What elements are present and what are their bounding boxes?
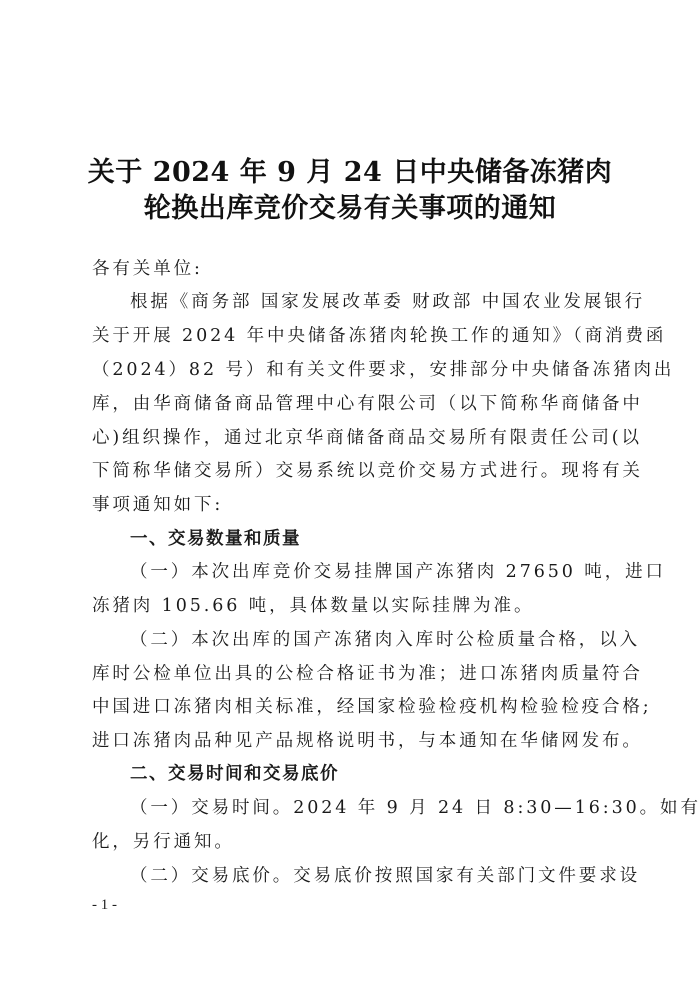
body-line: 进口冻猪肉品种见产品规格说明书，与本通知在华储网发布。 <box>92 729 617 753</box>
body-line: 根据《商务部 国家发展改革委 财政部 中国农业发展银行 <box>130 290 617 314</box>
body-line: 库时公检单位出具的公检合格证书为准；进口冻猪肉质量符合 <box>92 662 617 686</box>
document-title-line-2: 轮换出库竞价交易有关事项的通知 <box>0 186 700 225</box>
body-line: 化，另行通知。 <box>92 830 617 854</box>
body-line: 关于开展 2024 年中央储备冻猪肉轮换工作的通知》（商消费函 <box>92 324 617 348</box>
section-heading-2: 二、交易时间和交易底价 <box>130 762 617 786</box>
section-heading-1: 一、交易数量和质量 <box>130 527 617 551</box>
body-line: 心)组织操作，通过北京华商储备商品交易所有限责任公司(以 <box>92 426 617 450</box>
body-line: 事项通知如下: <box>92 493 617 517</box>
body-line: 下简称华储交易所）交易系统以竞价交易方式进行。现将有关 <box>92 459 617 483</box>
salutation: 各有关单位: <box>92 257 617 281</box>
document-title-line-1: 关于 2024 年 9 月 24 日中央储备冻猪肉 <box>0 150 700 189</box>
body-line: 中国进口冻猪肉相关标准，经国家检验检疫机构检验检疫合格; <box>92 695 617 719</box>
body-line: （一）交易时间。2024 年 9 月 24 日 8:30—16:30。如有变 <box>130 796 617 820</box>
body-line: （二）交易底价。交易底价按照国家有关部门文件要求设 <box>130 864 617 888</box>
body-line: 库，由华商储备商品管理中心有限公司（以下简称华商储备中 <box>92 392 617 416</box>
document-page: 关于 2024 年 9 月 24 日中央储备冻猪肉 轮换出库竞价交易有关事项的通… <box>0 0 700 989</box>
body-line: （二）本次出库的国产冻猪肉入库时公检质量合格，以入 <box>130 628 617 652</box>
page-number: - 1 - <box>92 897 117 914</box>
body-line: （2024）82 号）和有关文件要求，安排部分中央储备冻猪肉出 <box>92 358 617 382</box>
body-line: （一）本次出库竞价交易挂牌国产冻猪肉 27650 吨，进口 <box>130 560 617 584</box>
body-line: 冻猪肉 105.66 吨，具体数量以实际挂牌为准。 <box>92 594 617 618</box>
